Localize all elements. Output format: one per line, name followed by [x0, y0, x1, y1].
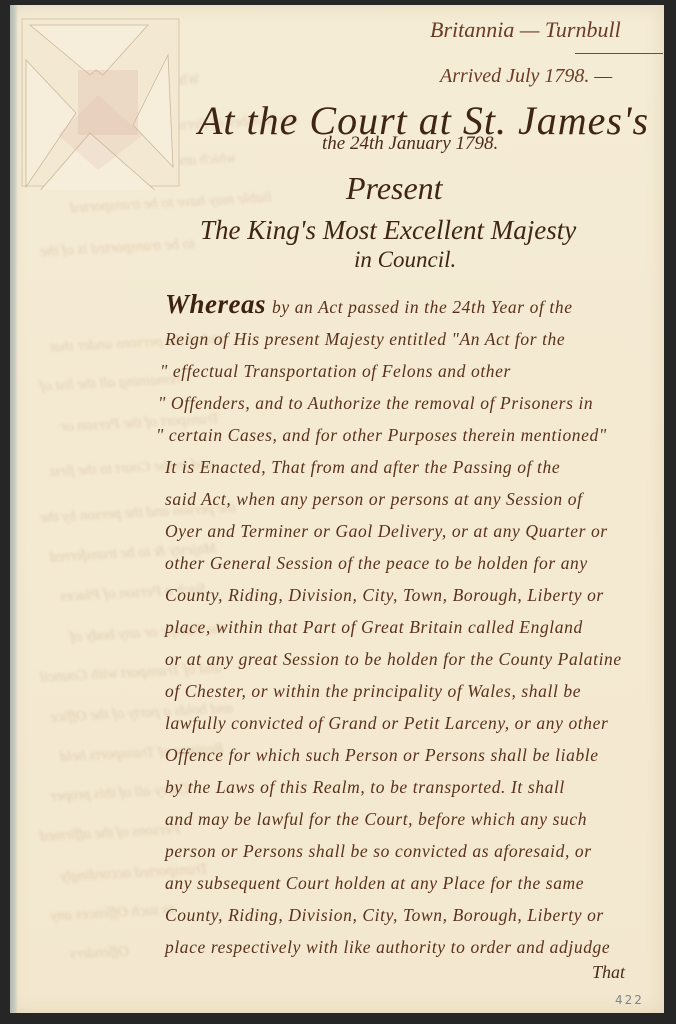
body-line-15: Offence for which such Person or Persons… [165, 745, 599, 766]
body-line-17: and may be lawful for the Court, before … [165, 809, 587, 830]
docket-arrival: Arrived July 1798. — [440, 65, 612, 88]
body-line-10: County, Riding, Division, City, Town, Bo… [165, 585, 604, 606]
body-line-2: Reign of His present Majesty entitled "A… [165, 329, 565, 350]
body-line-5: " certain Cases, and for other Purposes … [156, 425, 607, 446]
body-line-6: It is Enacted, That from and after the P… [165, 457, 560, 478]
body-line-21: place respectively with like authority t… [165, 937, 610, 958]
body-line-11: place, within that Part of Great Britain… [165, 617, 583, 638]
body-line-3: " effectual Transportation of Felons and… [160, 361, 511, 382]
in-council: in Council. [354, 247, 456, 273]
folio-number: 422 [615, 993, 644, 1007]
catchword: That [592, 962, 625, 983]
order-date: the 24th January 1798. [322, 133, 498, 155]
body-line-7: said Act, when any person or persons at … [165, 489, 583, 510]
body-line-12: or at any great Session to be holden for… [165, 649, 622, 670]
body-line-20: County, Riding, Division, City, Town, Bo… [165, 905, 604, 926]
manuscript-page: Whom his affirmed in the Number of Perso… [10, 5, 664, 1013]
body-line-19: any subsequent Court holden at any Place… [165, 873, 584, 894]
opening-word: Whereas [165, 289, 266, 319]
body-line-1: Whereasby an Act passed in the 24th Year… [165, 289, 573, 320]
body-line-14: lawfully convicted of Grand or Petit Lar… [165, 713, 608, 734]
present-heading: Present [346, 170, 443, 207]
body-line-9: other General Session of the peace to be… [165, 553, 588, 574]
page-edge [10, 5, 18, 1013]
body-line-4: " Offenders, and to Authorize the remova… [158, 393, 593, 414]
body-line-18: person or Persons shall be so convicted … [165, 841, 592, 862]
docket-underline [575, 53, 663, 54]
body-line-8: Oyer and Terminer or Gaol Delivery, or a… [165, 521, 608, 542]
body-line-16: by the Laws of this Realm, to be transpo… [165, 777, 565, 798]
king-attendance: The King's Most Excellent Majesty [200, 215, 576, 246]
body-line-13: of Chester, or within the principality o… [165, 681, 581, 702]
embossed-seal [18, 15, 183, 190]
docket-ship-name: Britannia — Turnbull [430, 17, 621, 43]
